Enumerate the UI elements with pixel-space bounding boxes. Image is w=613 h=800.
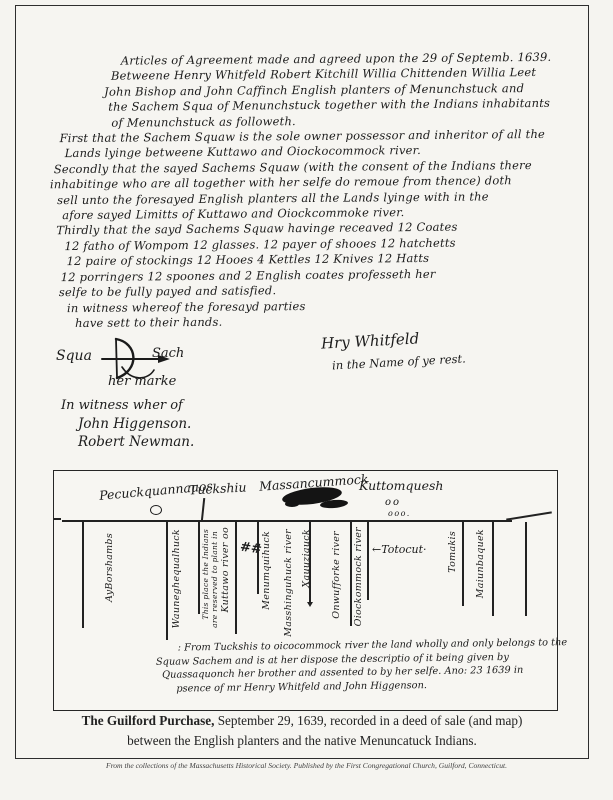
scanned-document-page: { "manuscript": { "lines": [ "Articles o… (0, 0, 613, 800)
map-divider-line (166, 522, 168, 640)
map-column-label-wauneghequalhuck: Wauneghequalhuck (171, 529, 182, 628)
totocut-text: Totocut· (381, 543, 426, 556)
manuscript-line: have sett to their hands. (75, 312, 583, 332)
map-column-label-xauuziauck: Xauuziauck (301, 529, 312, 588)
witness-signature-2: Robert Newman. (78, 434, 194, 450)
totocut-pointer-arrow: ← (372, 543, 381, 556)
deed-manuscript-text: Articles of Agreement made and agreed up… (31, 50, 583, 332)
pecuck-circle-mark (150, 505, 162, 515)
her-marke-label: her marke (108, 374, 176, 389)
map-column-label-maiunbaquek: Maiunbaquek (475, 529, 486, 598)
witness-line: In witness wher of (61, 398, 183, 413)
whitfeld-signature-sub: in the Name of ye rest. (332, 352, 466, 373)
witness-signature-1: John Higgenson. (78, 416, 191, 432)
squa-signature-label: Squa (56, 348, 92, 364)
caption-rest: September 29, 1639, recorded in a deed o… (214, 713, 522, 728)
map-column-note-a: This place the Indians (201, 529, 210, 620)
map-divider-line (525, 522, 527, 616)
map-label-kuttomquesh: Kuttomquesh (359, 478, 443, 493)
map-column-label-tomakis: Tomakis (447, 531, 458, 573)
map-note: : From Tuckshis to oicocommock river the… (154, 636, 568, 696)
map-column-label-oiockommock: Oiockommock river (353, 527, 364, 626)
caption-title: The Guilford Purchase, (82, 713, 215, 728)
map-column-label-ayborshambs: AyBorshambs (104, 533, 115, 602)
map-column-label-kuttawo-river: Kuttawo river oo (220, 527, 231, 613)
coastline-start-dash (54, 518, 61, 520)
ink-blot (285, 501, 299, 507)
sach-signature-label: Sach (152, 346, 184, 361)
wigwam-marks: ooo. (388, 509, 411, 518)
map-divider-line (350, 522, 352, 626)
map-divider-line (82, 522, 84, 628)
caption-line-2: between the English planters and the nat… (16, 731, 588, 751)
whitfeld-signature: Hry Whitfeld (321, 329, 420, 352)
printed-caption: The Guilford Purchase, September 29, 163… (16, 711, 588, 751)
map-column-label-menumquihuck: Menumquihuck (261, 531, 272, 610)
coastline (62, 520, 512, 522)
map-column-label-onwufforke: Onwufforke river (331, 531, 342, 619)
map-column-label-masshinguhuck: Masshinguhuck river (283, 529, 294, 637)
divider-arrow-tip (307, 602, 313, 607)
map-divider-line (462, 522, 464, 606)
map-divider-line (235, 522, 237, 634)
map-divider-line (198, 522, 200, 614)
map-divider-line (492, 522, 494, 616)
map-column-note-b: are reserved to plant in (210, 531, 219, 628)
map-label-tuckshiu: Tuckshiu (189, 480, 247, 498)
hash-marks: ## (239, 540, 263, 558)
caption-line-1: The Guilford Purchase, September 29, 163… (16, 711, 588, 731)
coastline-right-rise (506, 511, 552, 520)
map-label-totocut: ←Totocut· (372, 543, 427, 556)
wigwam-marks: oo (385, 497, 401, 508)
map-divider-line (367, 522, 369, 600)
attribution-line: From the collections of the Massachusett… (0, 761, 613, 770)
tuckshiu-pointer-line (201, 498, 205, 522)
deed-map: Pecuckquannauos Tuckshiu Massancummock K… (53, 470, 558, 711)
page-border-frame: Articles of Agreement made and agreed up… (15, 5, 589, 759)
map-divider-line (257, 522, 259, 594)
